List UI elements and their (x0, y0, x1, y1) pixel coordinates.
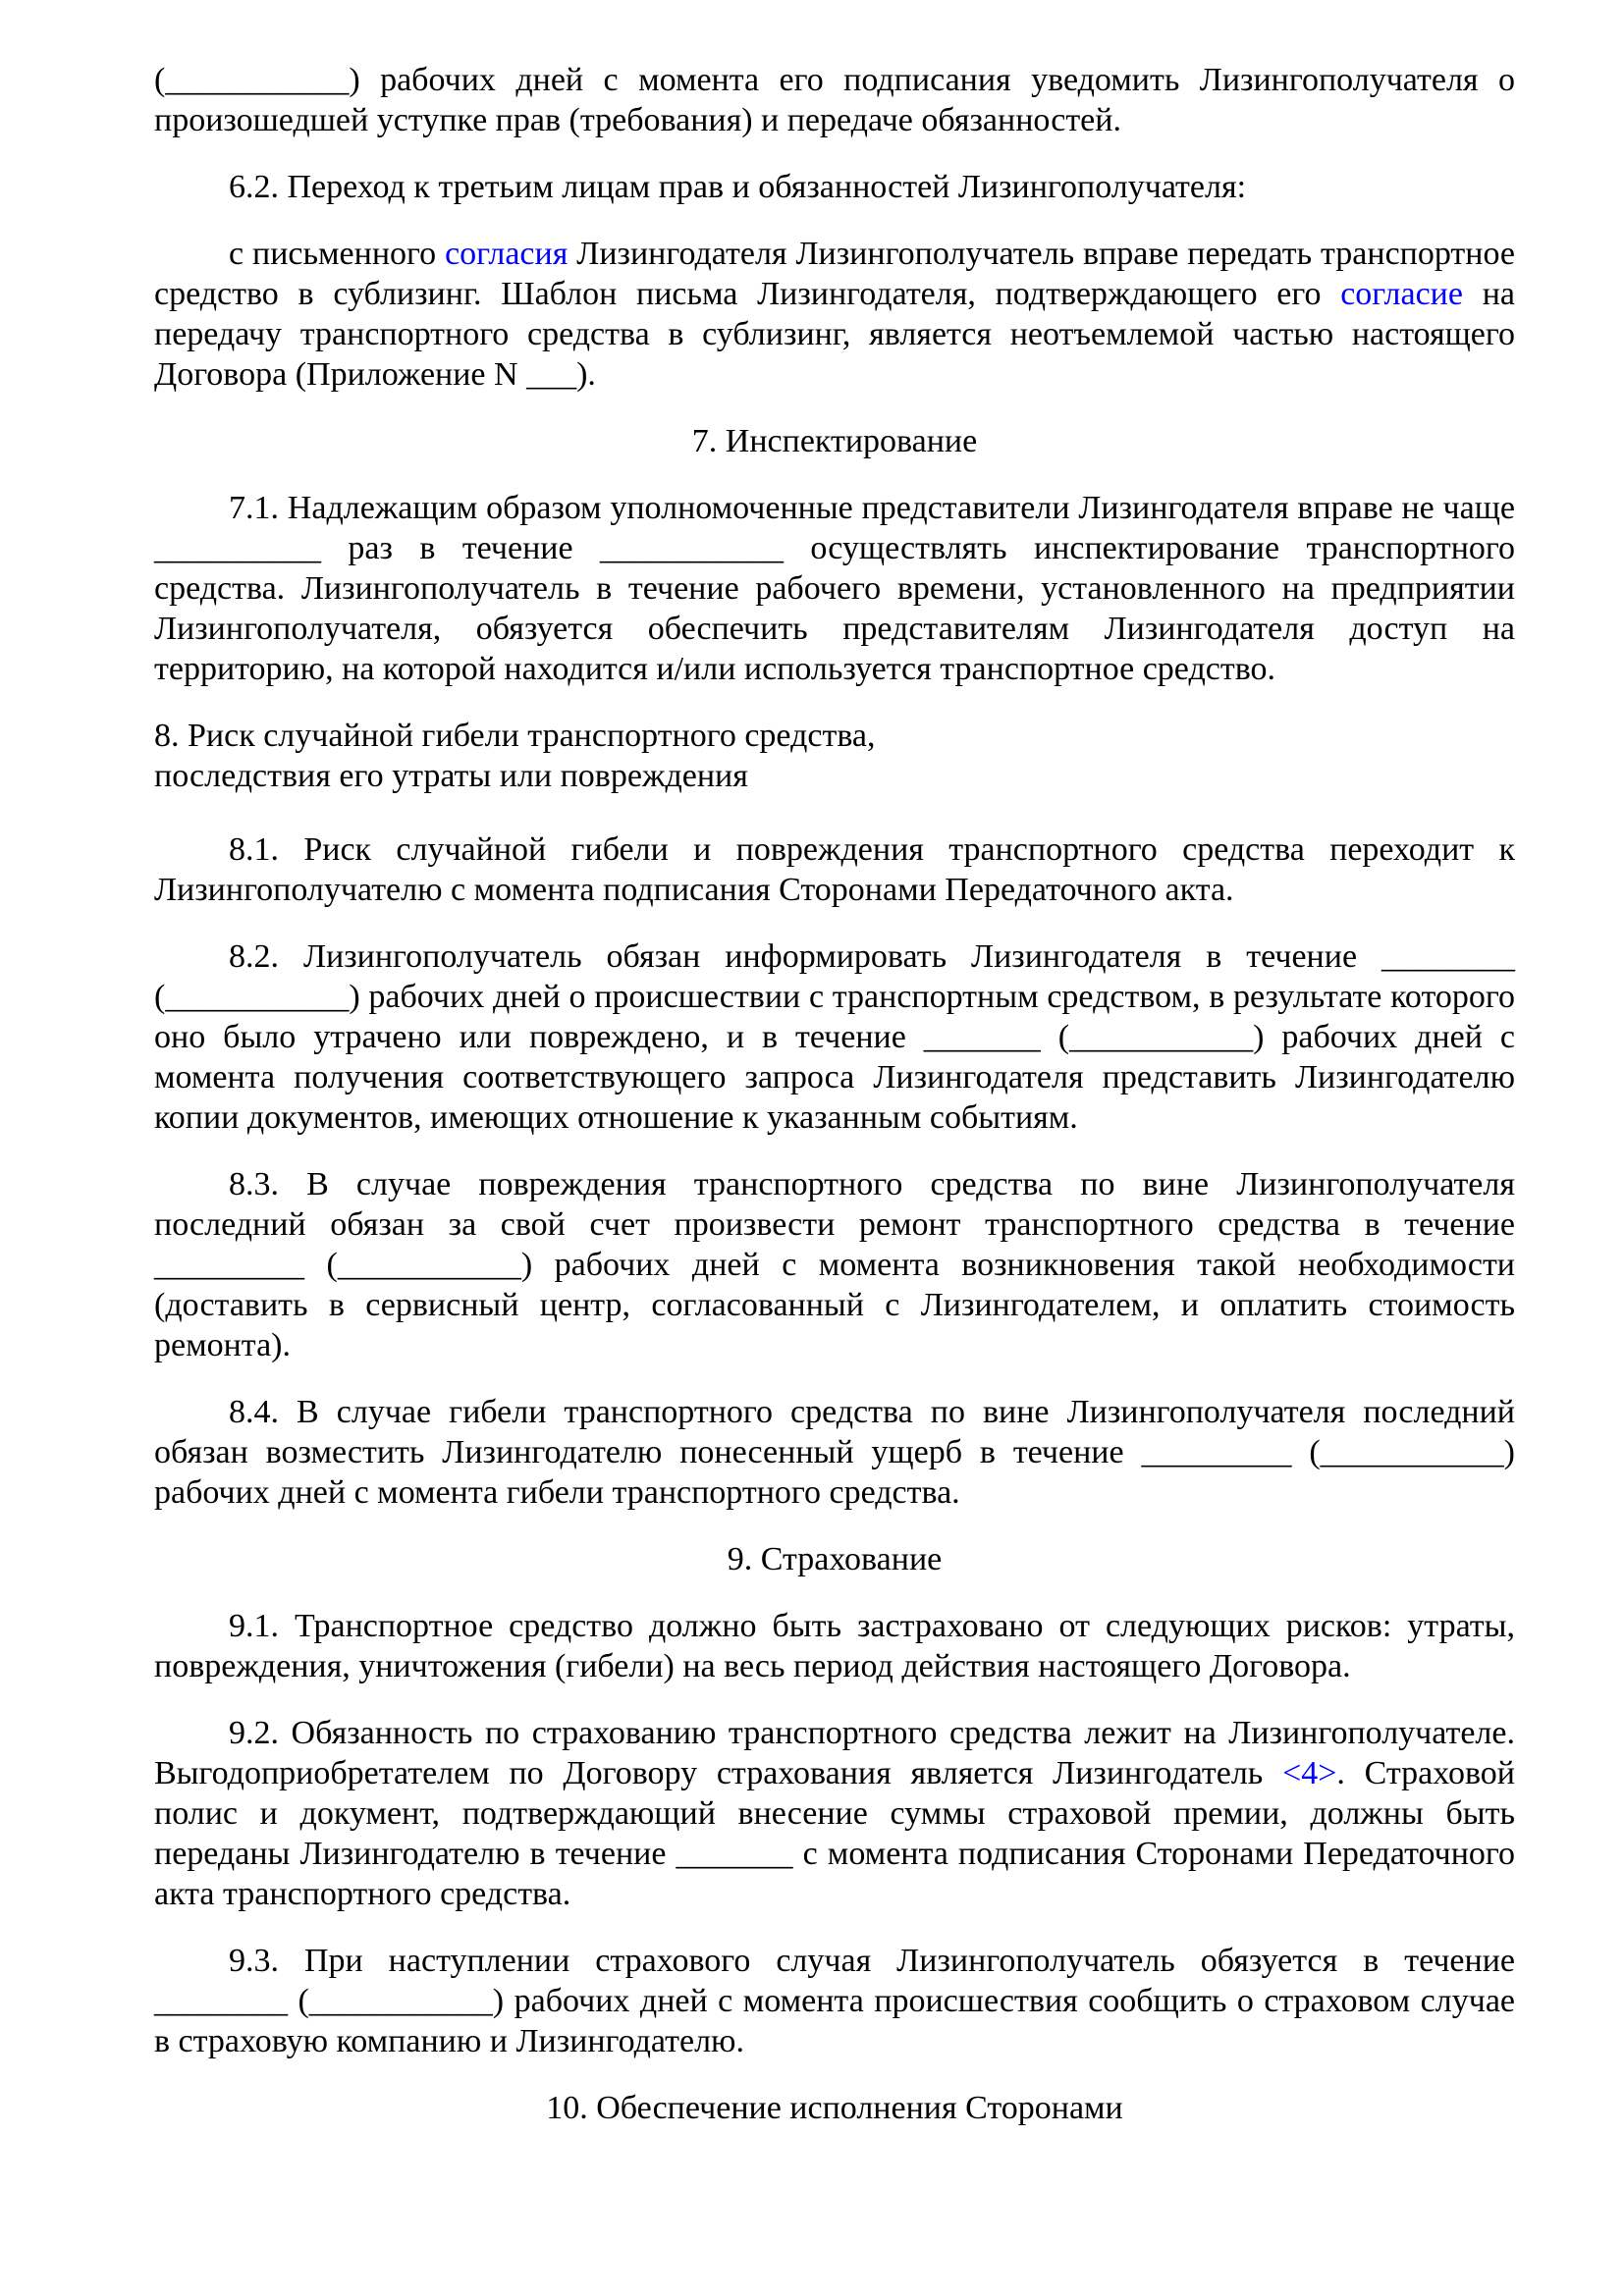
contract-page: (___________) рабочих дней с момента его… (0, 0, 1624, 2296)
heading-10-line-1: 10. Обеспечение исполнения Сторонами (546, 2090, 1123, 2126)
para-6-1-continuation-text: (___________) рабочих дней с момента его… (154, 62, 1515, 138)
link-footnote-4[interactable]: <4> (1282, 1755, 1336, 1791)
para-6-2-text: 6.2. Переход к третьим лицам прав и обяз… (229, 169, 1246, 205)
para-9-3: 9.3. При наступлении страхового случая Л… (154, 1941, 1515, 2061)
heading-7-line-1: 7. Инспектирование (692, 423, 977, 459)
heading-9-insurance: 9. Страхование (154, 1539, 1515, 1579)
heading-7-inspection: 7. Инспектирование (154, 421, 1515, 461)
para-6-1-continuation: (___________) рабочих дней с момента его… (154, 60, 1515, 140)
para-9-2: 9.2. Обязанность по страхованию транспор… (154, 1713, 1515, 1914)
para-8-1: 8.1. Риск случайной гибели и повреждения… (154, 829, 1515, 910)
heading-8-line-1: 8. Риск случайной гибели транспортного с… (154, 716, 1515, 756)
para-8-4-text: 8.4. В случае гибели транспортного средс… (154, 1394, 1515, 1511)
heading-9-line-1: 9. Страхование (728, 1541, 942, 1577)
para-7-1: 7.1. Надлежащим образом уполномоченные п… (154, 488, 1515, 689)
link-soglasiya[interactable]: согласия (445, 236, 568, 272)
para-9-3-text: 9.3. При наступлении страхового случая Л… (154, 1943, 1515, 2059)
para-9-1: 9.1. Транспортное средство должно быть з… (154, 1606, 1515, 1686)
para-6-2-sublease-text-1: с письменного (229, 236, 445, 272)
para-8-2: 8.2. Лизингополучатель обязан информиров… (154, 936, 1515, 1138)
para-8-3-text: 8.3. В случае повреждения транспортного … (154, 1166, 1515, 1363)
para-6-2-sublease: с письменного согласия Лизингодателя Лиз… (154, 234, 1515, 395)
para-9-1-text: 9.1. Транспортное средство должно быть з… (154, 1608, 1515, 1684)
para-6-2: 6.2. Переход к третьим лицам прав и обяз… (154, 167, 1515, 207)
para-8-2-text: 8.2. Лизингополучатель обязан информиров… (154, 938, 1515, 1136)
heading-8-line-2: последствия его утраты или повреждения (154, 756, 1515, 796)
para-8-3: 8.3. В случае повреждения транспортного … (154, 1164, 1515, 1365)
para-7-1-text: 7.1. Надлежащим образом уполномоченные п… (154, 490, 1515, 687)
para-8-4: 8.4. В случае гибели транспортного средс… (154, 1392, 1515, 1513)
heading-10-security: 10. Обеспечение исполнения Сторонами (154, 2088, 1515, 2128)
para-8-1-text: 8.1. Риск случайной гибели и повреждения… (154, 831, 1515, 908)
link-soglasie[interactable]: согласие (1340, 276, 1463, 312)
